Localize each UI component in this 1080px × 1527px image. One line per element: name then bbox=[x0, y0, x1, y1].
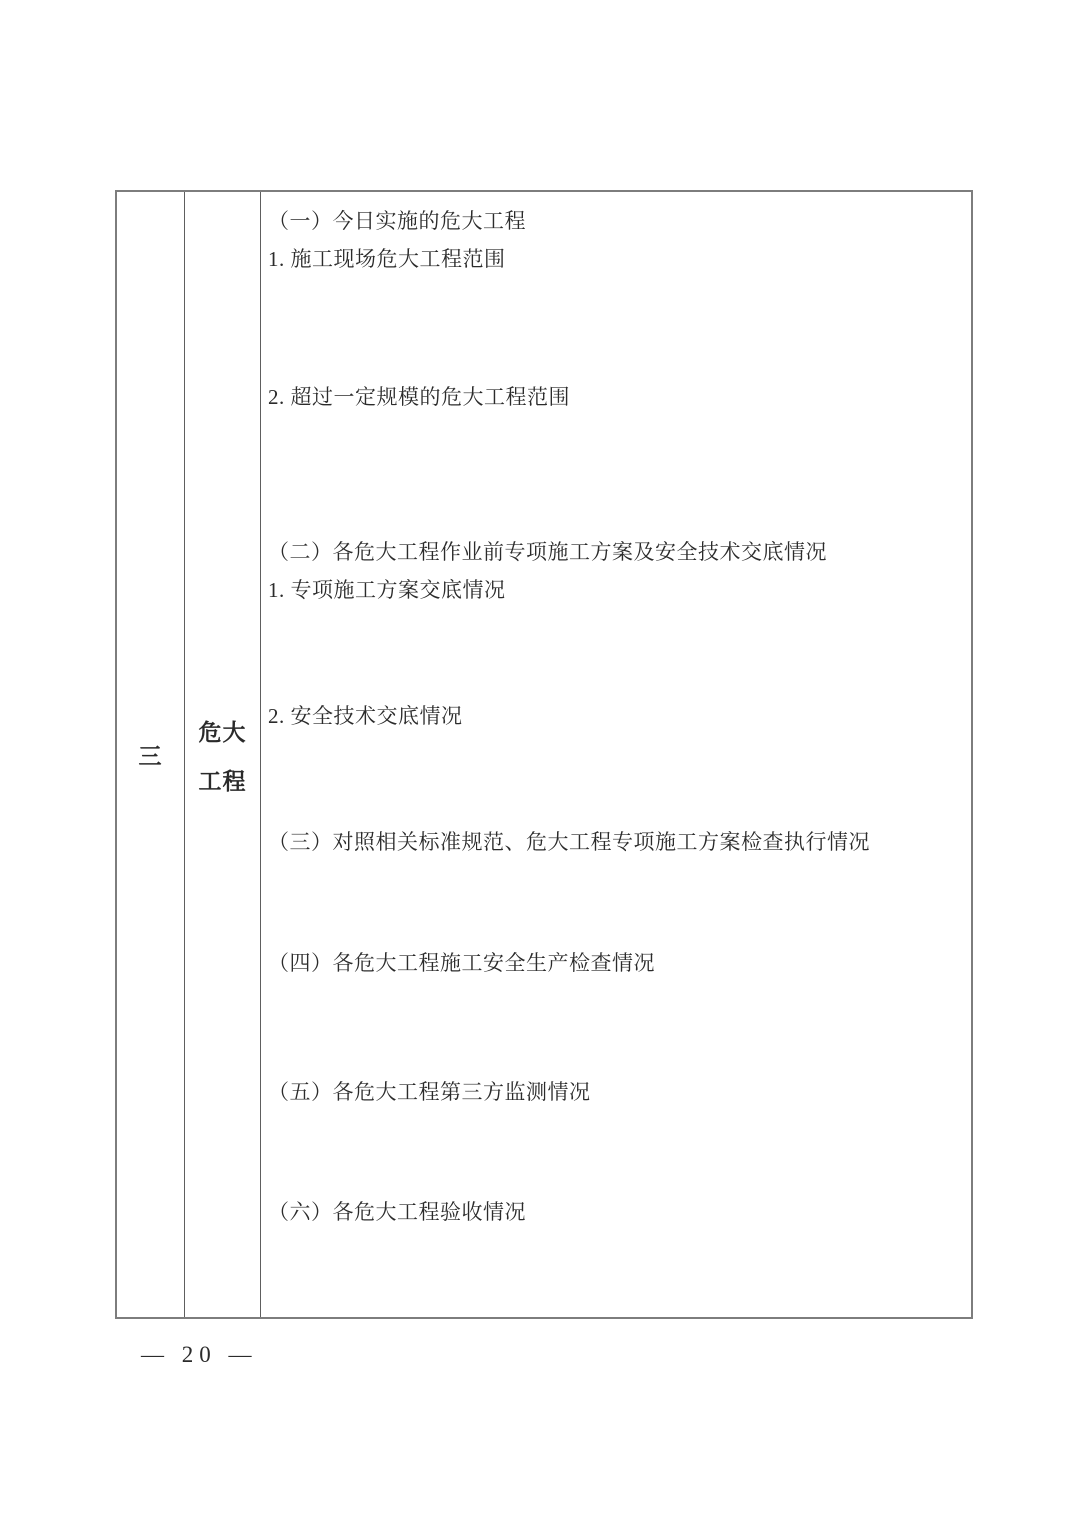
section-number-cell: 三 bbox=[117, 192, 185, 1317]
content-line-heading-5: （五）各危大工程第三方监测情况 bbox=[268, 1080, 965, 1104]
category-line-1: 危大 bbox=[199, 714, 247, 747]
content-line-item-1-2: 2. 超过一定规模的危大工程范围 bbox=[268, 385, 965, 409]
section-number: 三 bbox=[139, 738, 163, 771]
content-line-heading-6: （六）各危大工程验收情况 bbox=[268, 1200, 965, 1224]
page-number: — 20 — bbox=[141, 1342, 258, 1368]
content-line-item-2-1: 1. 专项施工方案交底情况 bbox=[268, 578, 965, 602]
content-line-item-1-1: 1. 施工现场危大工程范围 bbox=[268, 247, 965, 271]
content-line-heading-2: （二）各危大工程作业前专项施工方案及安全技术交底情况 bbox=[268, 540, 965, 564]
content-line-heading-1: （一）今日实施的危大工程 bbox=[268, 209, 965, 233]
content-line-heading-3: （三）对照相关标准规范、危大工程专项施工方案检查执行情况 bbox=[268, 830, 965, 854]
report-table: 三 危大 工程 （一）今日实施的危大工程 1. 施工现场危大工程范围 2. 超过… bbox=[115, 190, 973, 1319]
content-line-item-2-2: 2. 安全技术交底情况 bbox=[268, 704, 965, 728]
content-cell: （一）今日实施的危大工程 1. 施工现场危大工程范围 2. 超过一定规模的危大工… bbox=[261, 192, 971, 1317]
category-line-2: 工程 bbox=[199, 763, 247, 796]
content-line-heading-4: （四）各危大工程施工安全生产检查情况 bbox=[268, 951, 965, 975]
category-cell: 危大 工程 bbox=[185, 192, 261, 1317]
